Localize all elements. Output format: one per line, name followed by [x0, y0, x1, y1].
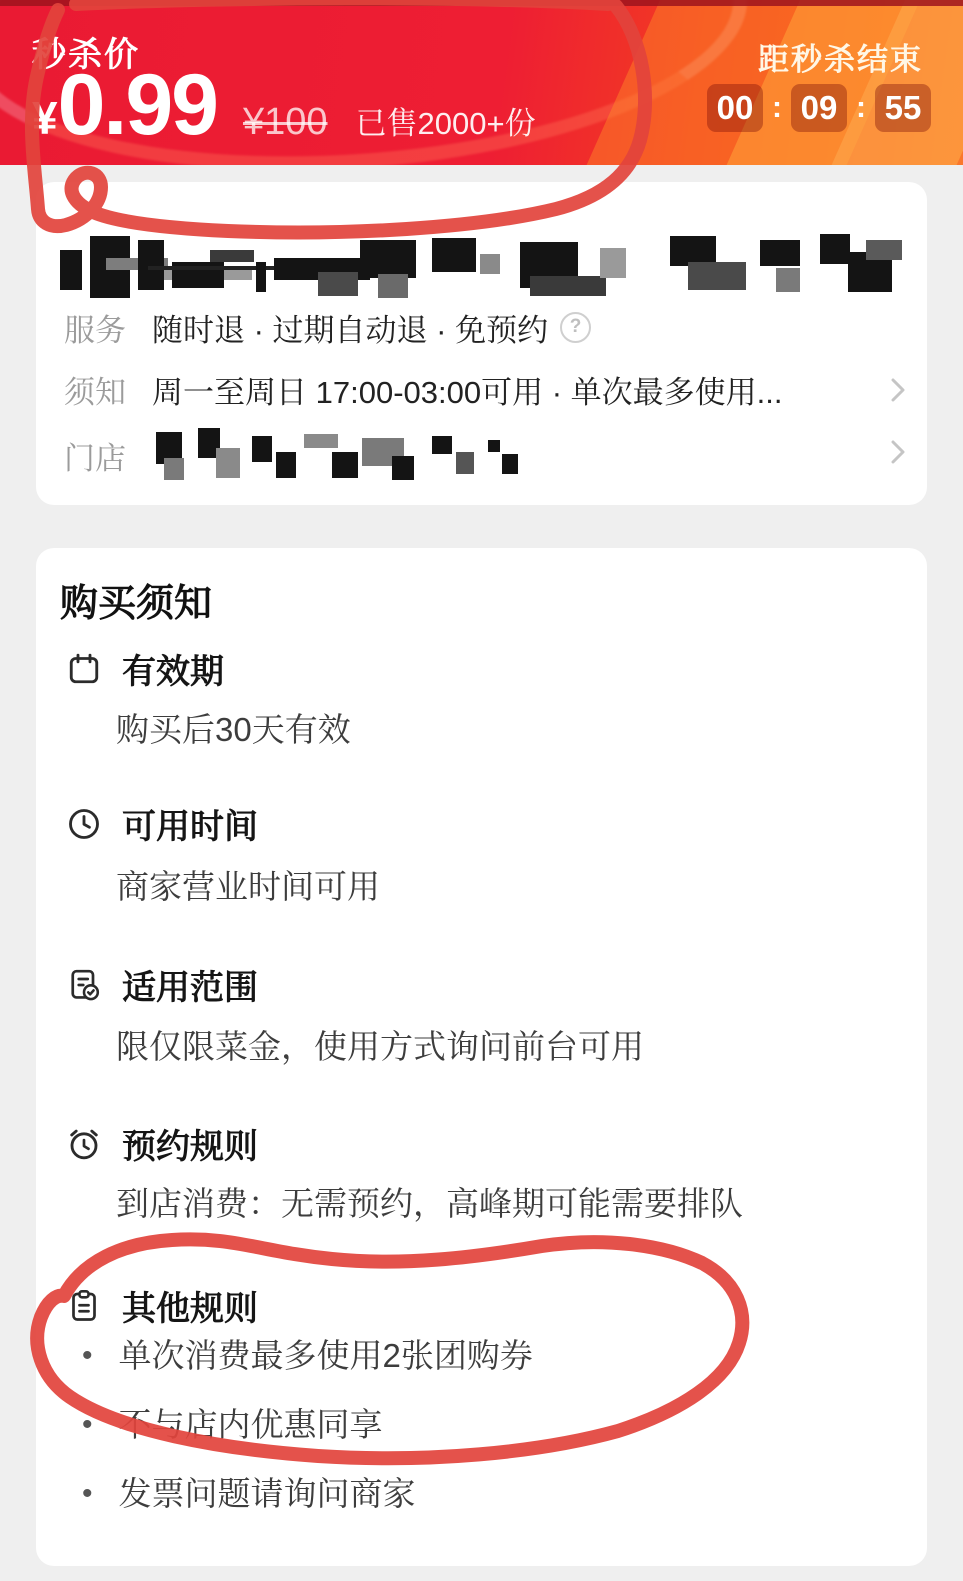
currency-symbol: ¥ — [32, 91, 58, 145]
section-reservation-rules: 预约规则 — [66, 1119, 258, 1168]
service-label: 服务 — [64, 305, 152, 350]
countdown-label: 距秒杀结束 — [758, 34, 923, 79]
calendar-icon — [66, 651, 102, 687]
purchase-notice-card: 购买须知 有效期 购买后30天有效 可用时间 商家营业时间可用 — [36, 548, 927, 1566]
sale-price: 0.99 — [58, 62, 217, 148]
section-body: 限仅限菜金，使用方式询问前台可用 — [116, 1021, 644, 1068]
service-value: 随时退 · 过期自动退 · 免预约 — [152, 305, 548, 350]
rule-bullet-item: • 不与店内优惠同享 — [82, 1403, 383, 1447]
section-validity: 有效期 — [66, 644, 224, 693]
section-other-rules: 其他规则 — [66, 1281, 258, 1330]
original-price-strikethrough: ¥100 — [243, 101, 328, 144]
rule-text: 不与店内优惠同享 — [119, 1403, 383, 1447]
clock-icon — [66, 806, 102, 842]
section-title: 适用范围 — [122, 960, 258, 1009]
section-title: 预约规则 — [122, 1119, 258, 1168]
deal-detail-page: 秒杀价 ¥ 0.99 ¥100 已售2000+份 距秒杀结束 00 : 09 :… — [0, 0, 963, 1581]
section-title: 可用时间 — [122, 799, 258, 848]
alarm-clock-icon — [66, 1126, 102, 1162]
rule-text: 单次消费最多使用2张团购券 — [119, 1334, 533, 1378]
rule-bullet-item: • 单次消费最多使用2张团购券 — [82, 1334, 533, 1378]
countdown-minutes: 09 — [791, 84, 847, 132]
redacted-title-mosaic — [60, 232, 905, 304]
redacted-store-mosaic — [156, 426, 566, 484]
banner-top-dark-strip — [0, 0, 963, 6]
service-row: 服务 随时退 · 过期自动退 · 免预约 ? — [64, 306, 591, 348]
countdown-seconds: 55 — [875, 84, 931, 132]
section-title: 有效期 — [122, 644, 224, 693]
notice-label: 须知 — [64, 367, 152, 412]
countdown-separator: : — [772, 91, 782, 125]
section-body: 到店消费：无需预约，高峰期可能需要排队 — [116, 1178, 743, 1225]
notice-value: 周一至周日 17:00-03:00可用 · 单次最多使用... — [152, 367, 782, 412]
document-check-icon — [66, 967, 102, 1003]
deal-summary-card: 服务 随时退 · 过期自动退 · 免预约 ? 须知 周一至周日 17:00-03… — [36, 182, 927, 505]
sold-count: 已售2000+份 — [356, 98, 536, 143]
store-label: 门店 — [64, 433, 152, 478]
bullet-dot: • — [82, 1403, 93, 1447]
flash-sale-banner: 秒杀价 ¥ 0.99 ¥100 已售2000+份 距秒杀结束 00 : 09 :… — [0, 0, 963, 165]
notice-row[interactable]: 须知 周一至周日 17:00-03:00可用 · 单次最多使用... — [64, 368, 782, 410]
price-row: ¥ 0.99 ¥100 已售2000+份 — [32, 62, 536, 148]
help-icon[interactable]: ? — [560, 312, 591, 343]
chevron-right-icon[interactable] — [891, 378, 905, 402]
bullet-dot: • — [82, 1472, 93, 1516]
store-row[interactable]: 门店 — [64, 434, 566, 476]
chevron-right-icon[interactable] — [891, 440, 905, 464]
section-available-time: 可用时间 — [66, 799, 258, 848]
countdown-separator: : — [856, 91, 866, 125]
section-title: 其他规则 — [122, 1281, 258, 1330]
rule-bullet-item: • 发票问题请询问商家 — [82, 1472, 416, 1516]
purchase-notice-title: 购买须知 — [60, 572, 212, 627]
section-body: 购买后30天有效 — [116, 704, 351, 751]
bullet-dot: • — [82, 1334, 93, 1378]
countdown-hours: 00 — [707, 84, 763, 132]
rule-text: 发票问题请询问商家 — [119, 1472, 416, 1516]
clipboard-icon — [66, 1288, 102, 1324]
section-scope: 适用范围 — [66, 960, 258, 1009]
countdown-timer: 00 : 09 : 55 — [707, 84, 931, 132]
section-body: 商家营业时间可用 — [116, 861, 380, 908]
